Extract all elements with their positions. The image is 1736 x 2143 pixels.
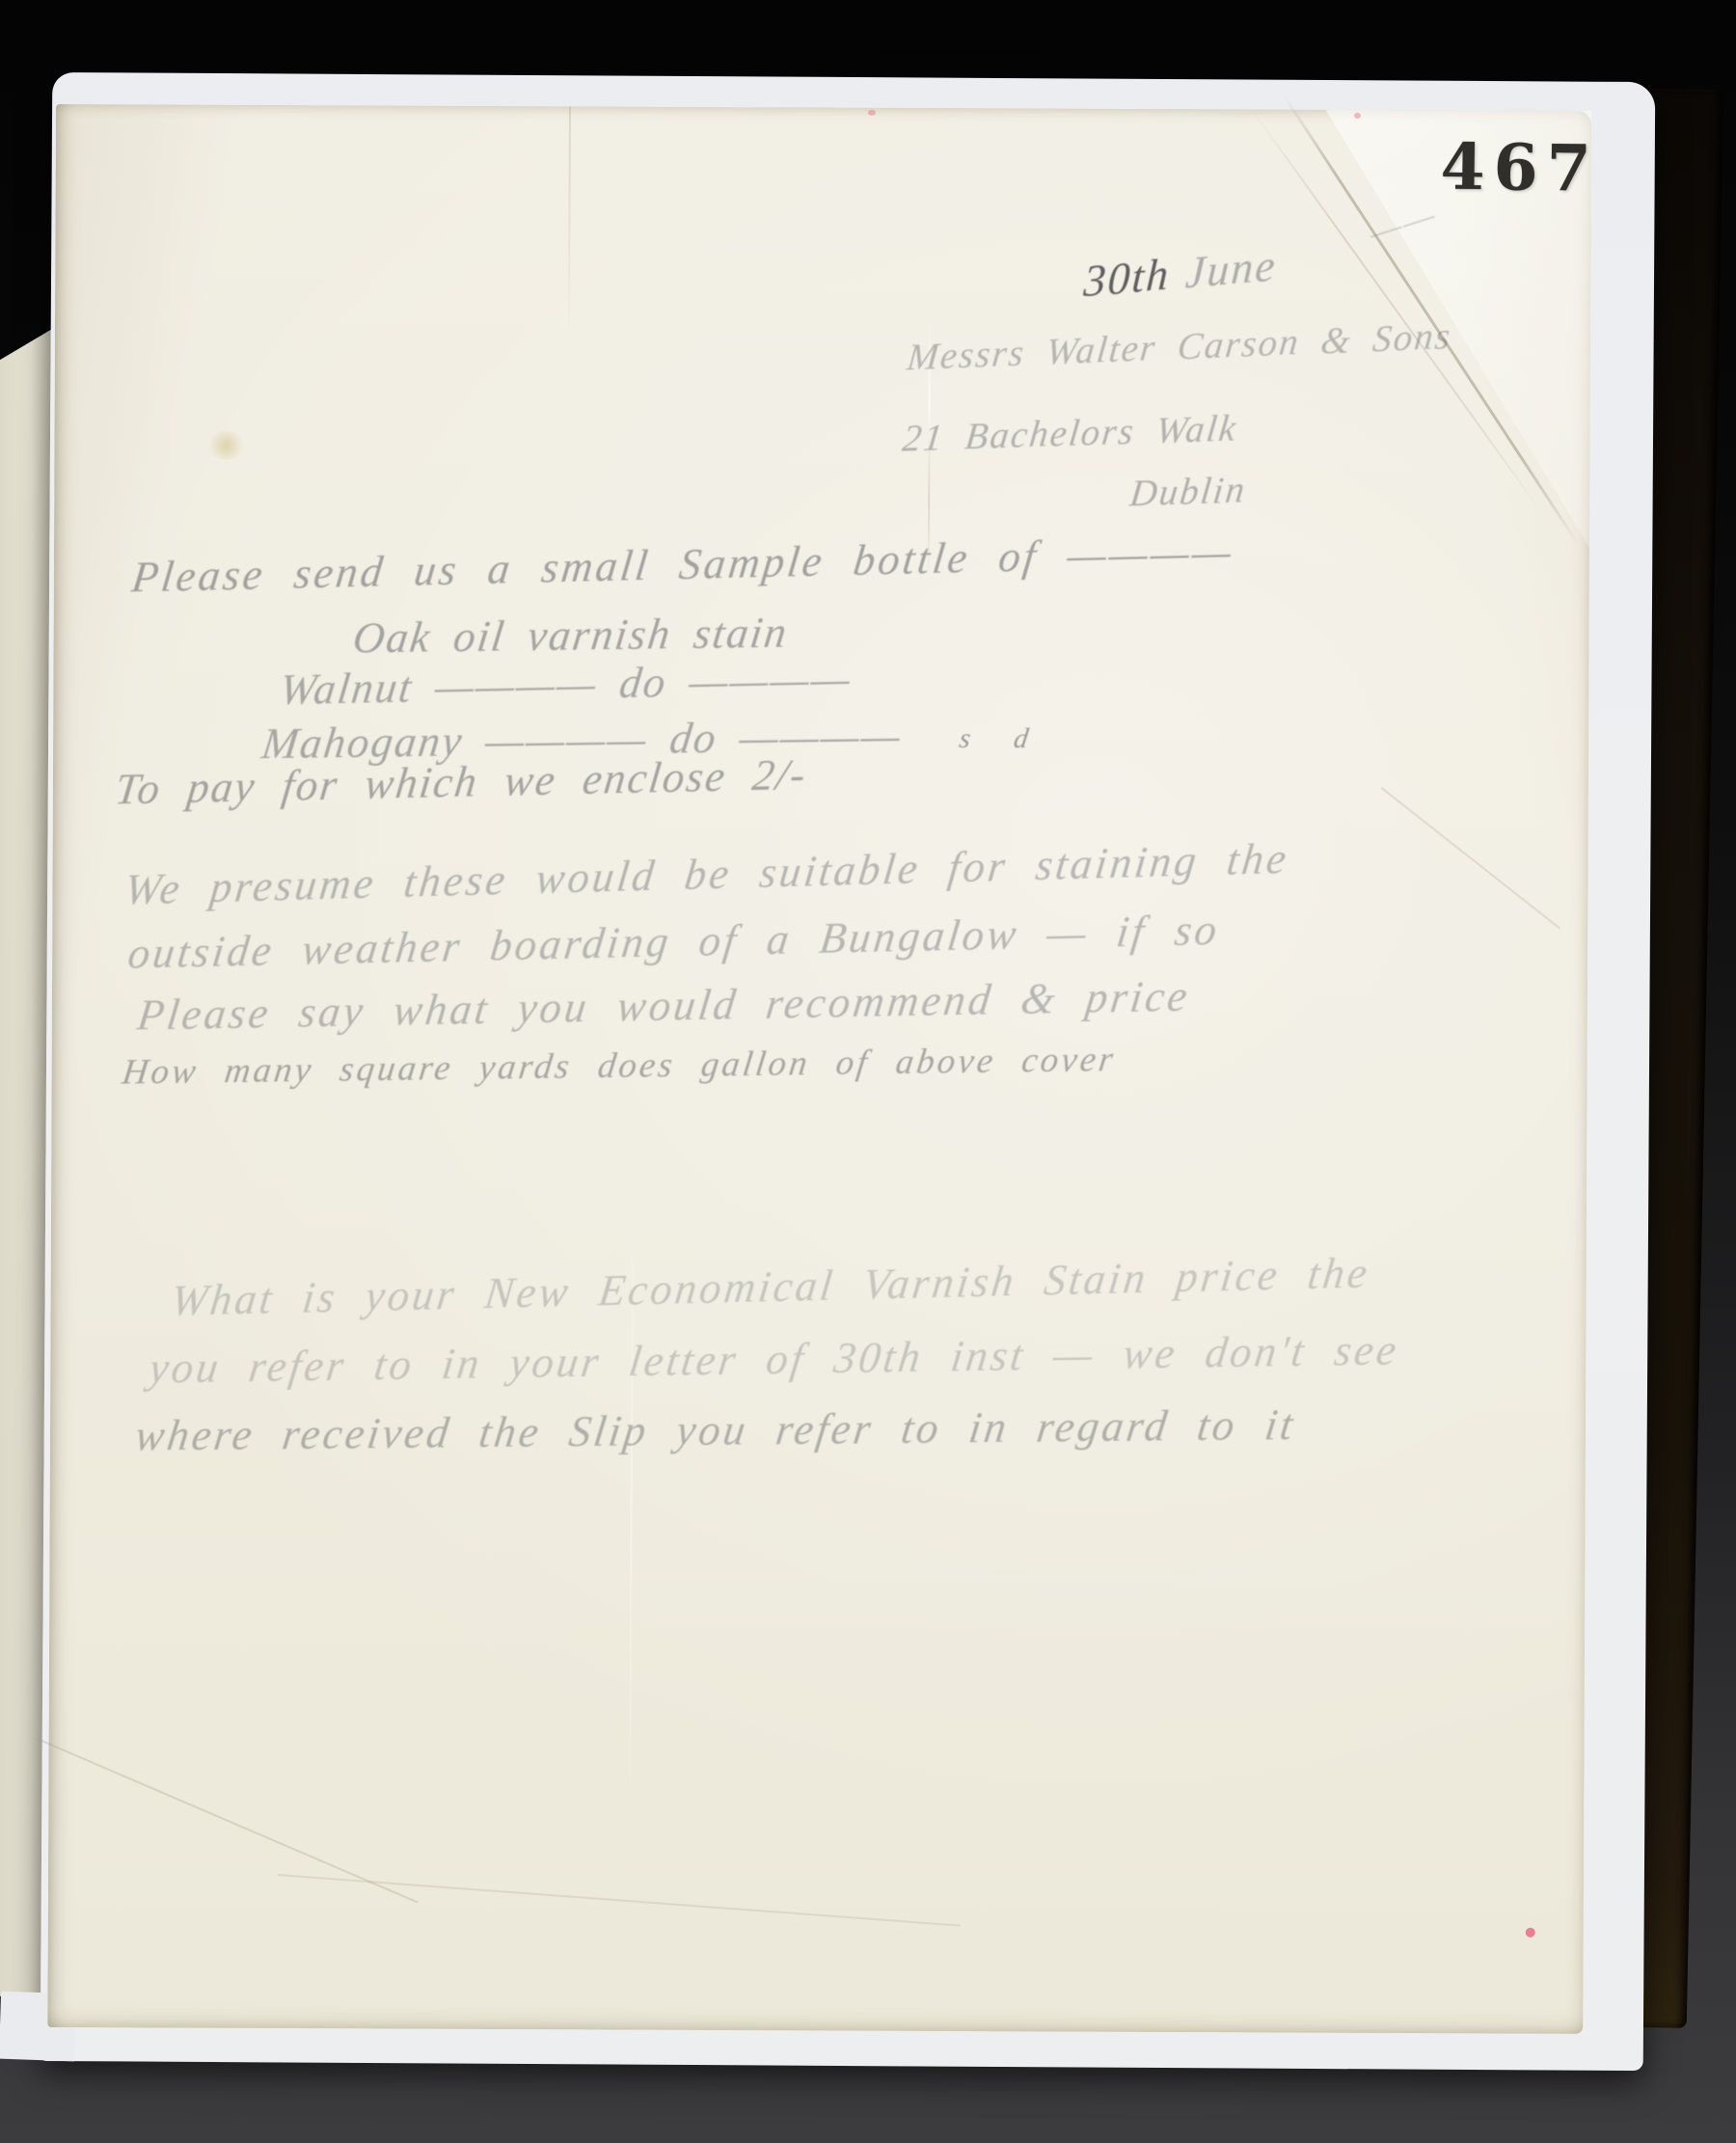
- ink-speck: [1354, 113, 1361, 119]
- paragraph1-line3: Please say what you would recommend & pr…: [135, 970, 1193, 1040]
- crease-line: [278, 1874, 961, 1927]
- faint-pencil-mark: ——: [1364, 193, 1443, 255]
- letterbook-page: 467 —— 30thJune Messrs Walter Carson & S…: [47, 104, 1591, 2034]
- ink-speck: [868, 110, 876, 116]
- letter-date: 30thJune: [1082, 239, 1278, 307]
- paragraph2-line1: What is your New Economical Varnish Stai…: [169, 1247, 1373, 1325]
- letter-date-day: 30th: [1082, 249, 1171, 306]
- crease-line: [1381, 787, 1561, 930]
- recipient-street: 21 Bachelors Walk: [901, 406, 1240, 460]
- photographed-letterbook: 467 —— 30thJune Messrs Walter Carson & S…: [0, 0, 1736, 2143]
- paragraph1-line2: outside weather boarding of a Bungalow —…: [125, 905, 1222, 979]
- order-item-oak: Oak oil varnish stain: [350, 607, 791, 663]
- recipient-name: Messrs Walter Carson & Sons: [905, 314, 1453, 379]
- recipient-city: Dublin: [1127, 468, 1248, 515]
- payment-line: To pay for which we enclose 2/-: [113, 749, 810, 815]
- currency-heading: s d: [957, 723, 1032, 755]
- page-number-stamp: 467: [1440, 129, 1600, 206]
- request-line: Please send us a small Sample bottle of …: [129, 526, 1236, 602]
- crease-line: [629, 1149, 634, 1843]
- order-item-walnut: Walnut ———— do ————: [277, 653, 854, 715]
- paragraph1-line4: How many square yards does gallon of abo…: [120, 1039, 1118, 1094]
- crease-line: [568, 106, 571, 339]
- paragraph1-line1: We presume these would be suitable for s…: [122, 833, 1292, 915]
- ink-speck: [1526, 1928, 1535, 1938]
- crease-line: [37, 1738, 419, 1904]
- letter-date-month: June: [1184, 240, 1278, 297]
- paragraph2-line3: where received the Slip you refer to in …: [132, 1399, 1298, 1461]
- paper-stain: [206, 431, 245, 460]
- paragraph2-line2: you refer to in your letter of 30th inst…: [147, 1324, 1402, 1393]
